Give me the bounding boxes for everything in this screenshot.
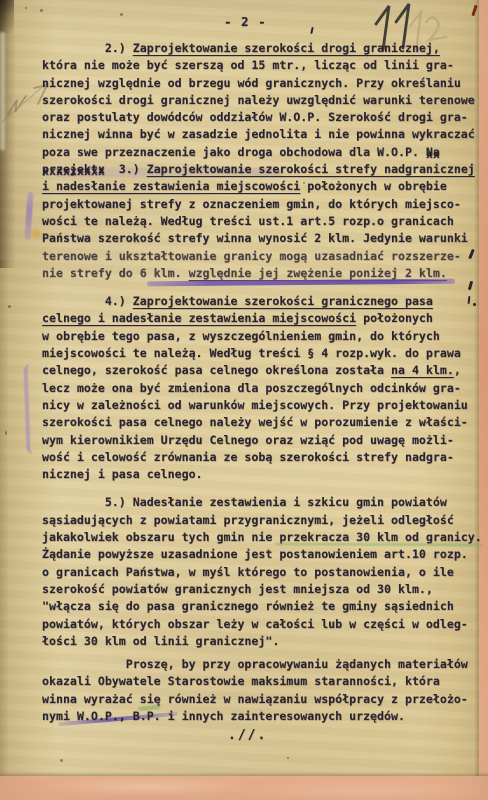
typewritten-line: poza swe przeznaczenie jako droga obchod… bbox=[42, 144, 482, 161]
text-segment: sąsiadujących z powiatami przygranicznym… bbox=[42, 513, 454, 527]
text-segment: 2.) bbox=[42, 41, 133, 55]
typewritten-line: łości 30 klm od linii granicznej". bbox=[42, 633, 482, 650]
typewritten-line: terenowe i ukształtowanie granicy mogą u… bbox=[42, 248, 482, 265]
typewritten-line: jakakolwiek obszaru tych gmin nie przekr… bbox=[42, 529, 482, 546]
typewritten-line: Państwa szerokość strefy winna wynosić 2… bbox=[42, 230, 482, 247]
typewritten-line: 2.) Zaprojektowanie szerokości drogi gra… bbox=[42, 40, 482, 57]
typewritten-line: wym kierownikiem Urzędu Celnego oraz wzi… bbox=[42, 432, 482, 449]
text-segment: powiatów, których obszar leży w całości … bbox=[42, 617, 468, 631]
typed-underline-text: Zaprojektowanie szerokości strefy nadgra… bbox=[147, 162, 475, 176]
typewritten-line: celnego i nadesłanie zestawienia miejsco… bbox=[42, 310, 482, 327]
typewritten-line: o granicach Państwa, w myśl którego to p… bbox=[42, 564, 482, 581]
typewritten-line: nie strefy do 6 klm. względnie jej zwęże… bbox=[42, 265, 482, 282]
typewritten-line: nicznej winna być w zasadzie jednolita i… bbox=[42, 126, 482, 143]
paragraph: Proszę, by przy opracowywaniu żądanych m… bbox=[42, 656, 482, 725]
text-segment: nicznej względnie od brzegu wód graniczn… bbox=[42, 76, 461, 90]
text-segment: położonych w obrębie bbox=[300, 179, 447, 193]
text-segment: wość i celowość zrównania ze sobą szerok… bbox=[42, 450, 454, 464]
text-segment: wym kierownikiem Urzędu Celnego oraz wzi… bbox=[42, 433, 454, 447]
text-segment: wości te należą. Według treści ust.1 art… bbox=[42, 214, 454, 228]
text-segment: nie strefy do 6 klm. bbox=[42, 266, 189, 280]
text-segment: celnego, szerokość pasa celnego określon… bbox=[42, 363, 391, 377]
text-segment: szerokości pasa celnego należy wejść w p… bbox=[42, 415, 468, 429]
typewritten-line: nicznej względnie od brzegu wód graniczn… bbox=[42, 75, 482, 92]
text-segment: o granicach Państwa, w myśl którego to p… bbox=[42, 565, 454, 579]
typewritten-line: szerokości pasa celnego należy wejść w p… bbox=[42, 414, 482, 431]
typed-underline-text: na 4 klm. bbox=[391, 363, 454, 377]
typewritten-line: która nie może być szerszą od 15 mtr., l… bbox=[42, 57, 482, 74]
typewritten-line: 5.) Nadesłanie zestawienia i szkicu gmin… bbox=[42, 494, 482, 511]
typed-underline-text: Zaprojektowanie szerokości drogi granicz… bbox=[133, 41, 440, 55]
text-segment: miejscowości te należą. Według treści § … bbox=[42, 346, 461, 360]
text-segment: 3.) bbox=[105, 162, 147, 176]
text-segment: okazali Obywatele Starostowie maksimum s… bbox=[42, 674, 440, 688]
typewritten-line: w obrębie tego pasa, z wyszczególnieniem… bbox=[42, 328, 482, 345]
paragraph: 5.) Nadesłanie zestawienia i szkicu gmin… bbox=[42, 494, 482, 650]
text-segment: projektowanej strefy z oznaczeniem gmin,… bbox=[42, 197, 461, 211]
pencil-underlined-text: przekracza 30 klm od granicy. bbox=[279, 530, 481, 544]
typewritten-line: miejscowości te należą. Według treści § … bbox=[42, 345, 482, 362]
text-segment: poza swe przeznaczenie jako droga obchod… bbox=[42, 145, 426, 159]
typed-underline-text: celnego i nadesłanie zestawienia miejsco… bbox=[42, 311, 356, 325]
text-segment: nicy w zależności od warunków miejscowyc… bbox=[42, 398, 468, 412]
text-segment: 4.) bbox=[42, 294, 133, 308]
typewritten-line: celnego, szerokość pasa celnego określon… bbox=[42, 362, 482, 379]
page-number: - 2 - bbox=[224, 14, 267, 29]
text-segment: szerokość powiatów granicznych jest mnie… bbox=[42, 582, 433, 596]
paragraph: 4.) Zaprojektowanie szerokości graniczne… bbox=[42, 293, 482, 483]
typewritten-line: Proszę, by przy opracowywaniu żądanych m… bbox=[42, 656, 482, 673]
document-scan: - 2 - 2.) Zaprojektowanie sze bbox=[0, 0, 488, 800]
text-segment: Żądanie powyższe uzasadnione jest postan… bbox=[42, 547, 468, 561]
typed-underline-text: i nadesłanie zestawienia miejscowości bbox=[42, 179, 300, 193]
typewritten-line: szerokość powiatów granicznych jest mnie… bbox=[42, 581, 482, 598]
text-segment: w obrębie tego pasa, z wyszczególnieniem… bbox=[42, 329, 440, 343]
text-segment: , bbox=[454, 363, 461, 377]
text-segment: oraz postulaty dowódców oddziałów W.O.P.… bbox=[42, 110, 468, 124]
typed-underline-text: Zaprojektowanie szerokości granicznego p… bbox=[133, 294, 433, 308]
typewritten-line: i nadesłanie zestawienia miejscowości po… bbox=[42, 178, 482, 195]
typewritten-line: powiatów, których obszar leży w całości … bbox=[42, 616, 482, 633]
typewritten-line: 4.) Zaprojektowanie szerokości graniczne… bbox=[42, 293, 482, 310]
text-segment: nicznej winna być w zasadzie jednolita i… bbox=[42, 127, 475, 141]
end-mark: .//. bbox=[228, 728, 267, 743]
struck-out-text: przejektx bbox=[42, 162, 105, 176]
typewritten-line: Żądanie powyższe uzasadnione jest postan… bbox=[42, 546, 482, 563]
typewritten-line: oraz postulaty dowódców oddziałów W.O.P.… bbox=[42, 109, 482, 126]
text-segment: lecz może ona być zmieniona dla poszczeg… bbox=[42, 381, 461, 395]
text-segment: winna wyrażać się również w nawiązaniu w… bbox=[42, 692, 468, 706]
typewritten-line: sąsiadujących z powiatami przygranicznym… bbox=[42, 512, 482, 529]
text-segment: łości 30 klm od linii granicznej". bbox=[42, 634, 279, 648]
typewritten-line: nicy w zależności od warunków miejscowyc… bbox=[42, 397, 482, 414]
text-segment: położonych bbox=[356, 311, 433, 325]
paragraph: 2.) Zaprojektowanie szerokości drogi gra… bbox=[42, 40, 482, 282]
typewritten-text: 2.) Zaprojektowanie szerokości drogi gra… bbox=[42, 40, 482, 725]
typewritten-line: okazali Obywatele Starostowie maksimum s… bbox=[42, 673, 482, 690]
typewritten-line: projektowanej strefy z oznaczeniem gmin,… bbox=[42, 196, 482, 213]
typewritten-line: lecz może ona być zmieniona dla poszczeg… bbox=[42, 380, 482, 397]
text-segment: nymi W.O.P., B.P. i innych zainteresowan… bbox=[42, 709, 405, 723]
typewritten-line: wości te należą. Według treści ust.1 art… bbox=[42, 213, 482, 230]
typewritten-line: nymi W.O.P., B.P. i innych zainteresowan… bbox=[42, 708, 482, 725]
typewritten-line: przejektx 3.) Zaprojektowanie szerokości… bbox=[42, 161, 482, 178]
text-segment: szerokości drogi granicznej należy uwzgl… bbox=[42, 93, 475, 107]
struck-out-text: Na bbox=[426, 145, 440, 159]
text-segment: która nie może być szerszą od 15 mtr., l… bbox=[42, 58, 454, 72]
text-segment: Państwa szerokość strefy winna wynosić 2… bbox=[42, 231, 468, 245]
text-segment: Proszę, by przy opracowywaniu żądanych m… bbox=[42, 657, 468, 671]
text-segment: "włącza się do pasa granicznego również … bbox=[42, 599, 454, 613]
typewritten-line: szerokości drogi granicznej należy uwzgl… bbox=[42, 92, 482, 109]
text-segment: terenowe i ukształtowanie granicy mogą u… bbox=[42, 249, 461, 263]
text-segment: jakakolwiek obszaru tych gmin nie bbox=[42, 530, 279, 544]
text-segment: nicznej i pasa celnego. bbox=[42, 467, 203, 481]
ink-underlined-text: względnie jej zwężenie poniżej 2 klm. bbox=[189, 266, 447, 280]
text-segment: 5.) Nadesłanie zestawienia i szkicu gmin… bbox=[42, 495, 447, 509]
typewritten-line: winna wyrażać się również w nawiązaniu w… bbox=[42, 691, 482, 708]
typewritten-line: nicznej i pasa celnego. bbox=[42, 466, 482, 483]
typewritten-line: "włącza się do pasa granicznego również … bbox=[42, 598, 482, 615]
typewritten-line: wość i celowość zrównania ze sobą szerok… bbox=[42, 449, 482, 466]
